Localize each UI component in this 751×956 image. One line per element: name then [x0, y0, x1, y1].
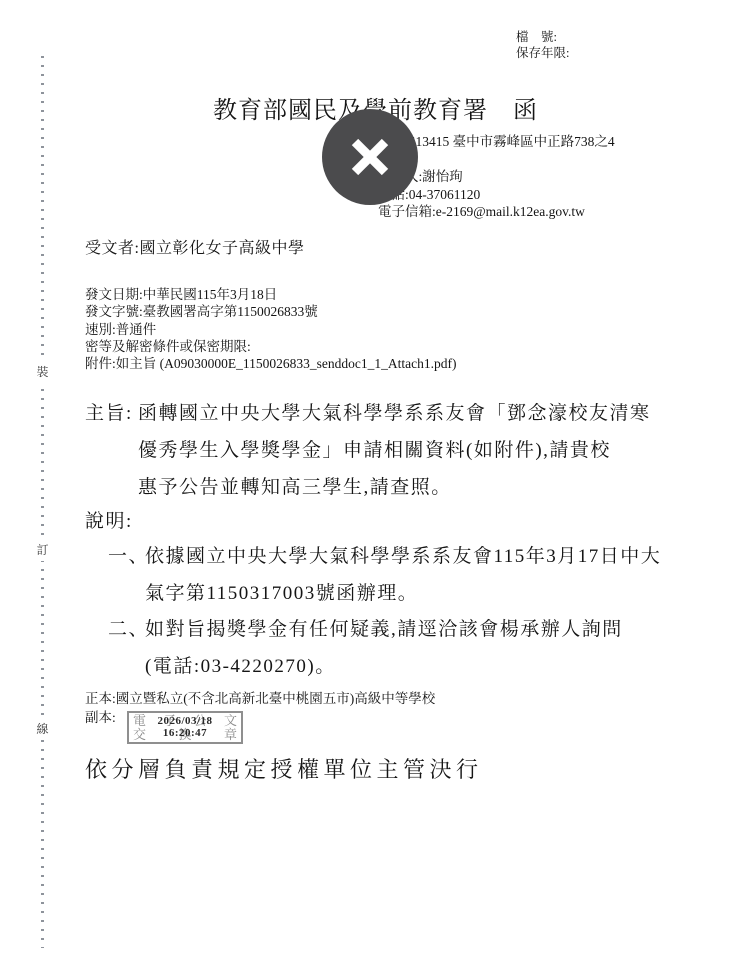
sender-phone: 電話:04-37061120 — [378, 186, 615, 204]
explanation-item-1-number: 一、 — [108, 538, 149, 575]
binding-mark-ding: 訂 — [33, 539, 52, 561]
subject-line-1: 函轉國立中央大學大氣科學學系系友會「鄧念濠校友清寒 — [138, 395, 651, 432]
security-class-line: 密等及解密條件或保密期限: — [85, 338, 456, 355]
explanation-item-1-line-2: 氣字第1150317003號函辦理。 — [145, 575, 661, 612]
document-meta: 發文日期:中華民國115年3月18日 發文字號:臺教國署高字第115002683… — [85, 286, 456, 372]
electronic-exchange-stamp: 電子公文 交換章 2026/03/18 16:20:47 — [127, 711, 243, 744]
speed-class-line: 速別:普通件 — [85, 321, 456, 338]
sender-email: 電子信箱:e-2169@mail.k12ea.gov.tw — [378, 203, 615, 221]
file-number-label: 檔 號: — [516, 30, 569, 46]
retention-period-label: 保存年限: — [516, 46, 569, 62]
binding-dotted-line — [41, 56, 44, 948]
explanation-item-2-number: 二、 — [108, 611, 149, 648]
file-header: 檔 號: 保存年限: — [516, 30, 569, 61]
recipient-line: 受文者:國立彰化女子高級中學 — [85, 239, 304, 259]
subject-label: 主旨: — [85, 395, 133, 432]
document-page: 裝 訂 線 檔 號: 保存年限: 教育部國民及學前教育署 函 地址:413415… — [0, 0, 751, 956]
explanation-item-2-line-2: (電話:03-4220270)。 — [145, 648, 623, 685]
explanation-label: 說明: — [85, 503, 133, 540]
stamp-date: 2026/03/18 — [157, 716, 212, 728]
issue-number-line: 發文字號:臺教國署高字第1150026833號 — [85, 303, 456, 320]
authorization-note: 依分層負責規定授權單位主管決行 — [85, 755, 483, 785]
explanation-item-2-line-1: 如對旨揭獎學金有任何疑義,請逕洽該會楊承辦人詢問 — [145, 611, 623, 648]
stamp-time: 16:20:47 — [163, 728, 207, 740]
binding-mark-zhuang: 裝 — [33, 361, 52, 383]
subject-line-2: 優秀學生入學獎學金」申請相關資料(如附件),請貴校 — [138, 432, 651, 469]
subject-line-3: 惠予公告並轉知高三學生,請查照。 — [138, 469, 651, 506]
close-icon — [349, 136, 391, 178]
explanation-item-2-text: 如對旨揭獎學金有任何疑義,請逕洽該會楊承辦人詢問 (電話:03-4220270)… — [145, 611, 623, 685]
explanation-item-1-line-1: 依據國立中央大學大氣科學學系系友會115年3月17日中大 — [145, 538, 661, 575]
stamp-datetime: 2026/03/18 16:20:47 — [129, 713, 241, 742]
subject-text: 函轉國立中央大學大氣科學學系系友會「鄧念濠校友清寒 優秀學生入學獎學金」申請相關… — [138, 395, 651, 506]
close-button[interactable] — [322, 109, 418, 205]
binding-mark-xian: 線 — [33, 718, 52, 740]
original-recipients-line: 正本:國立暨私立(不含北高新北臺中桃園五市)高級中等學校 — [85, 689, 435, 708]
explanation-item-1-text: 依據國立中央大學大氣科學學系系友會115年3月17日中大 氣字第11503170… — [145, 538, 661, 612]
issue-date-line: 發文日期:中華民國115年3月18日 — [85, 286, 456, 303]
attachment-line: 附件:如主旨 (A09030000E_1150026833_senddoc1_1… — [85, 355, 456, 372]
